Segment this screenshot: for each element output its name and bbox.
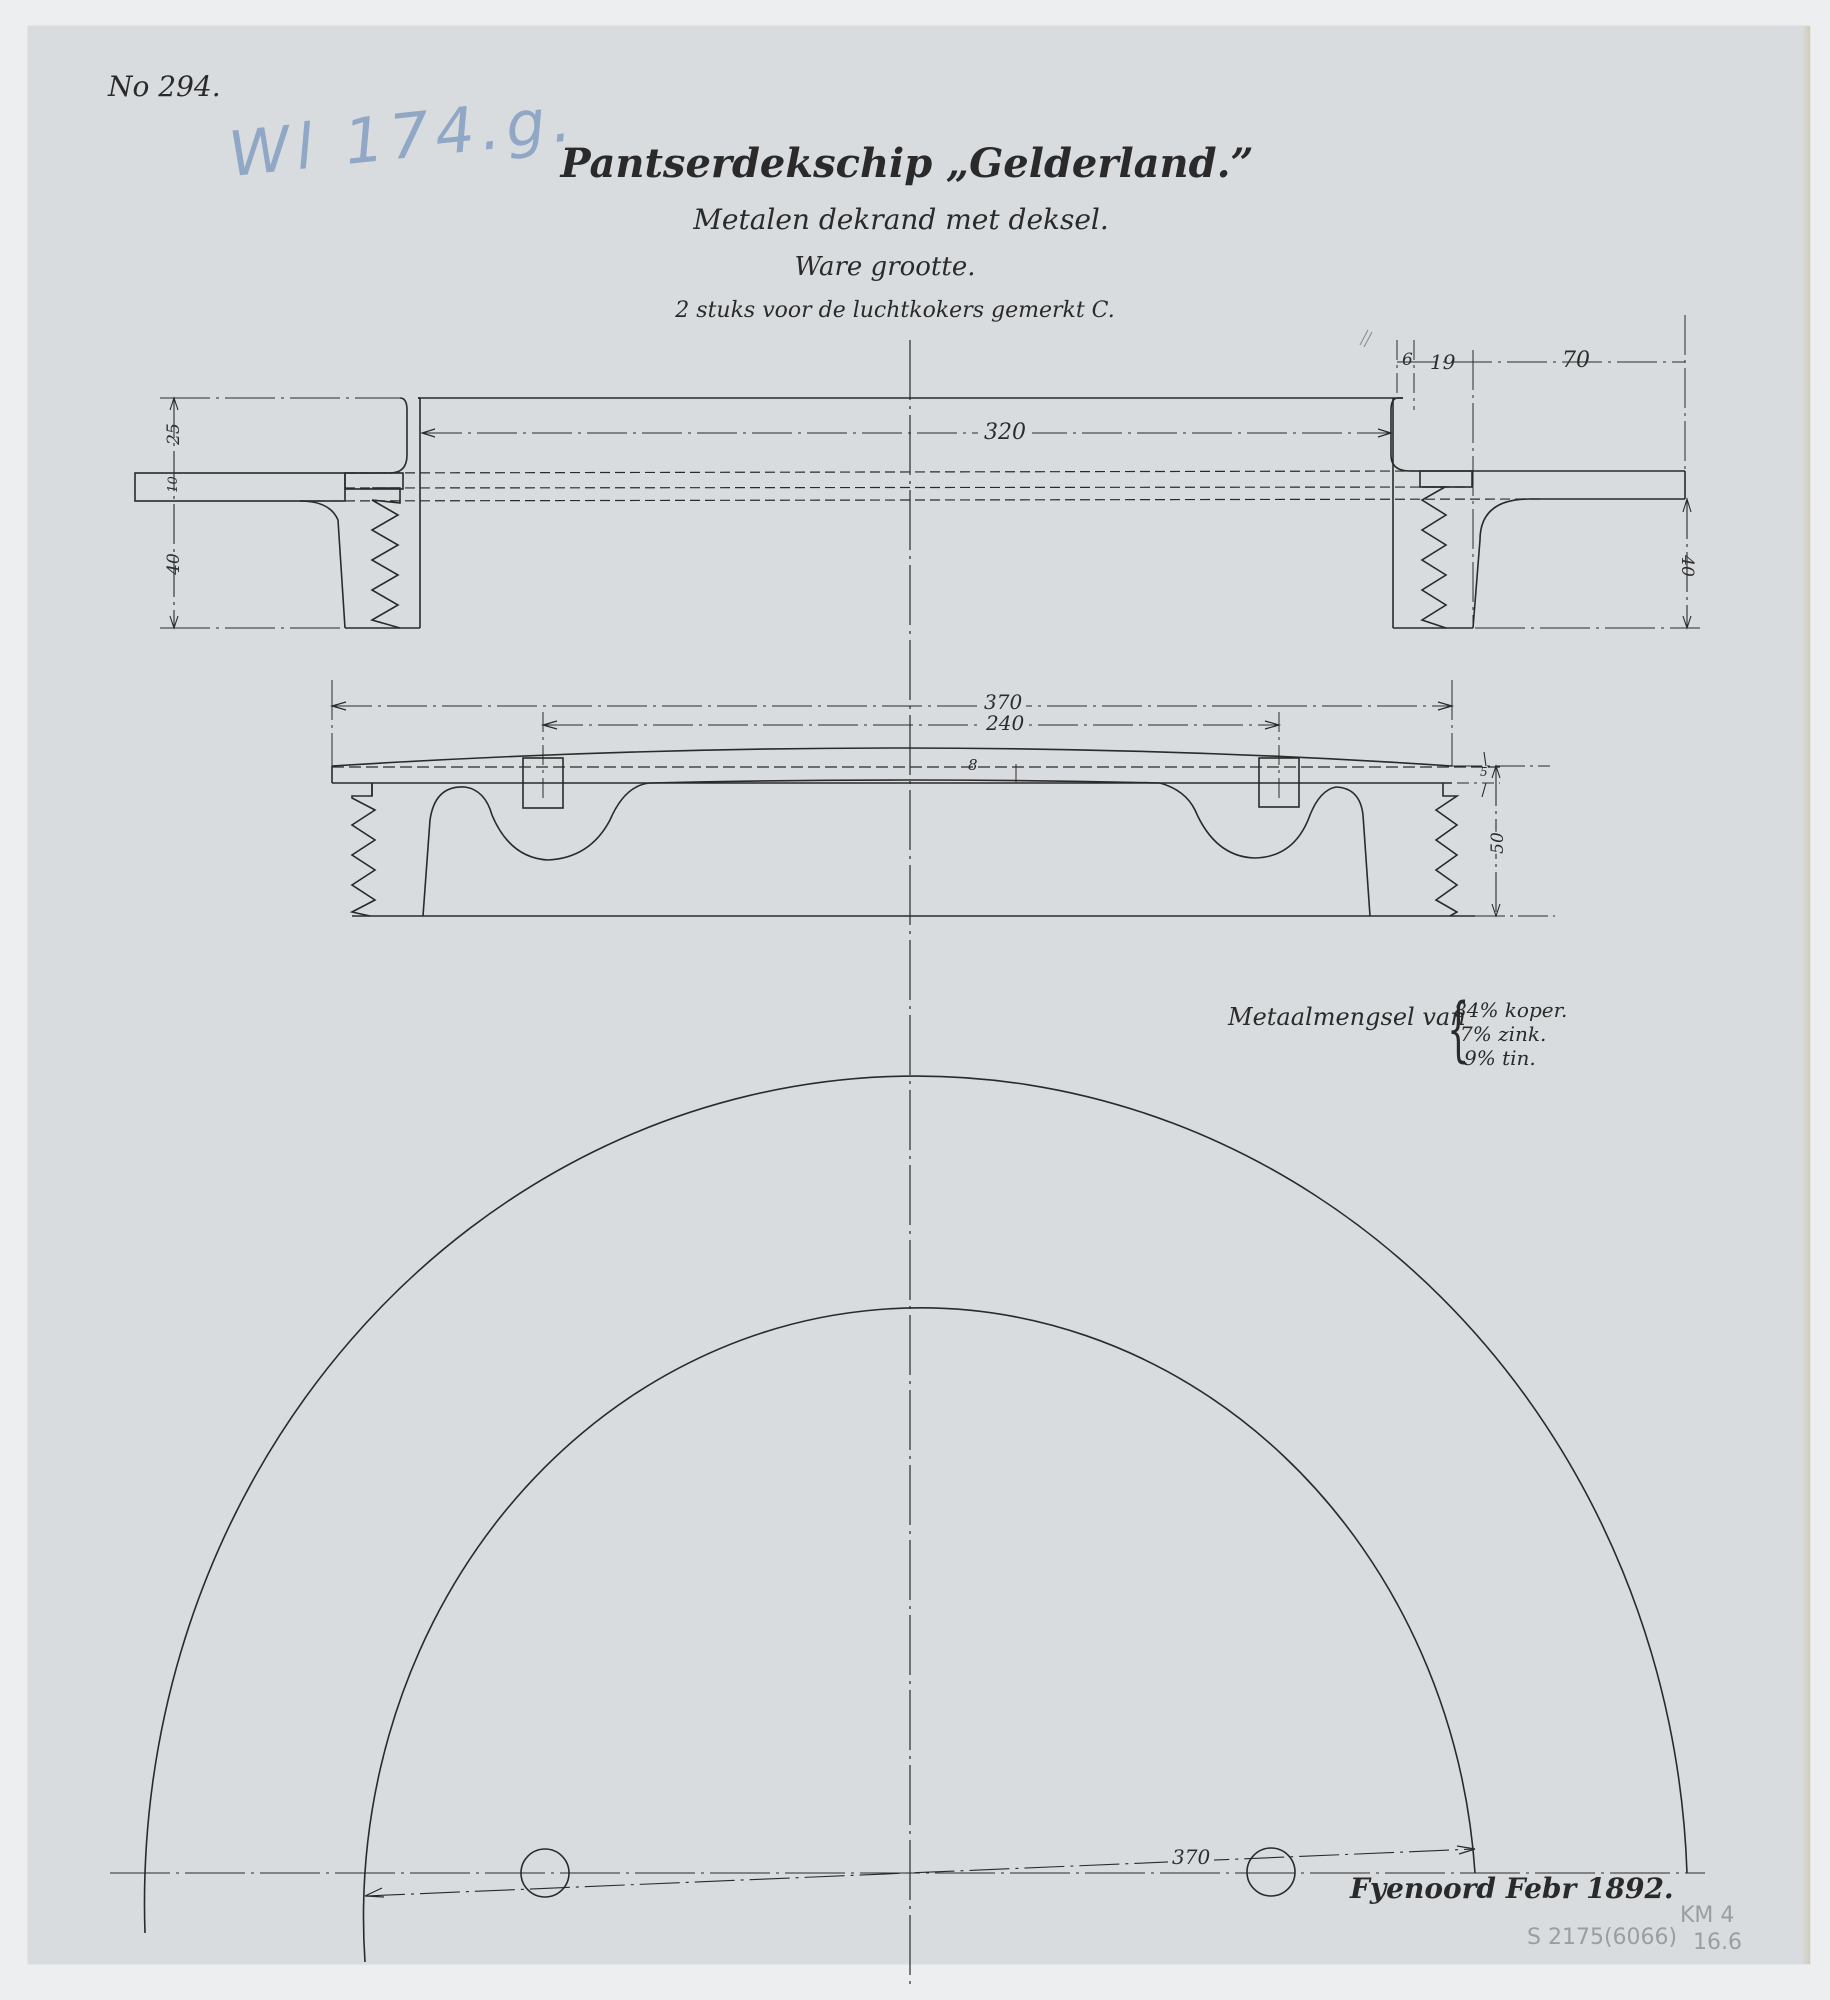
dim-crown-thickness: 8 <box>968 756 978 774</box>
dim-height-bottom-right: 40 <box>1677 555 1697 577</box>
dim-edge-thickness: 5 <box>1480 765 1488 779</box>
dim-height-bottom-left: 40 <box>164 553 184 575</box>
archive-code-km: KM 4 <box>1680 1903 1734 1928</box>
dim-flange-thickness: 10 <box>166 476 181 493</box>
dim-wall: 19 <box>1430 350 1455 374</box>
archive-code-number: 16.6 <box>1693 1930 1742 1955</box>
drawing-subtitle: Metalen dekrand met deksel. <box>0 203 1816 236</box>
dim-lid-height: 50 <box>1488 832 1508 854</box>
dim-flange-width: 70 <box>1562 348 1590 373</box>
alloy-label: Metaalmengsel van <box>1228 1003 1466 1031</box>
outer-arc <box>144 1076 1687 1933</box>
dim-plan-diameter: 370 <box>1168 1845 1214 1869</box>
dim-flange-step: 6 <box>1402 350 1413 370</box>
dim-lug-spacing: 240 <box>982 711 1028 735</box>
archive-code-inventory: S 2175(6066) <box>1527 1925 1677 1950</box>
quantity-note: 2 stuks voor de luchtkokers gemerkt C. <box>0 298 1810 323</box>
drawing-title: Pantserdekschip „Gelderland.” <box>0 140 1822 187</box>
lid-section <box>332 680 1555 916</box>
scale-note: Ware grootte. <box>0 252 1800 282</box>
alloy-zinc: 7% zink. <box>1452 1022 1567 1046</box>
alloy-copper: 84% koper. <box>1452 998 1567 1022</box>
alloy-tin: 9% tin. <box>1452 1046 1567 1070</box>
dim-inner-width: 320 <box>978 420 1032 445</box>
plan-view <box>110 1076 1705 1962</box>
bolt-hole-right <box>1247 1848 1295 1896</box>
inner-arc <box>364 1308 1475 1962</box>
drawing-number: No 294. <box>108 70 221 103</box>
rim-section <box>135 315 1700 628</box>
signature-date: Fyenoord Febr 1892. <box>1350 1872 1674 1905</box>
alloy-components: 84% koper. 7% zink. 9% tin. <box>1452 998 1567 1070</box>
dim-height-top: 25 <box>164 423 184 445</box>
